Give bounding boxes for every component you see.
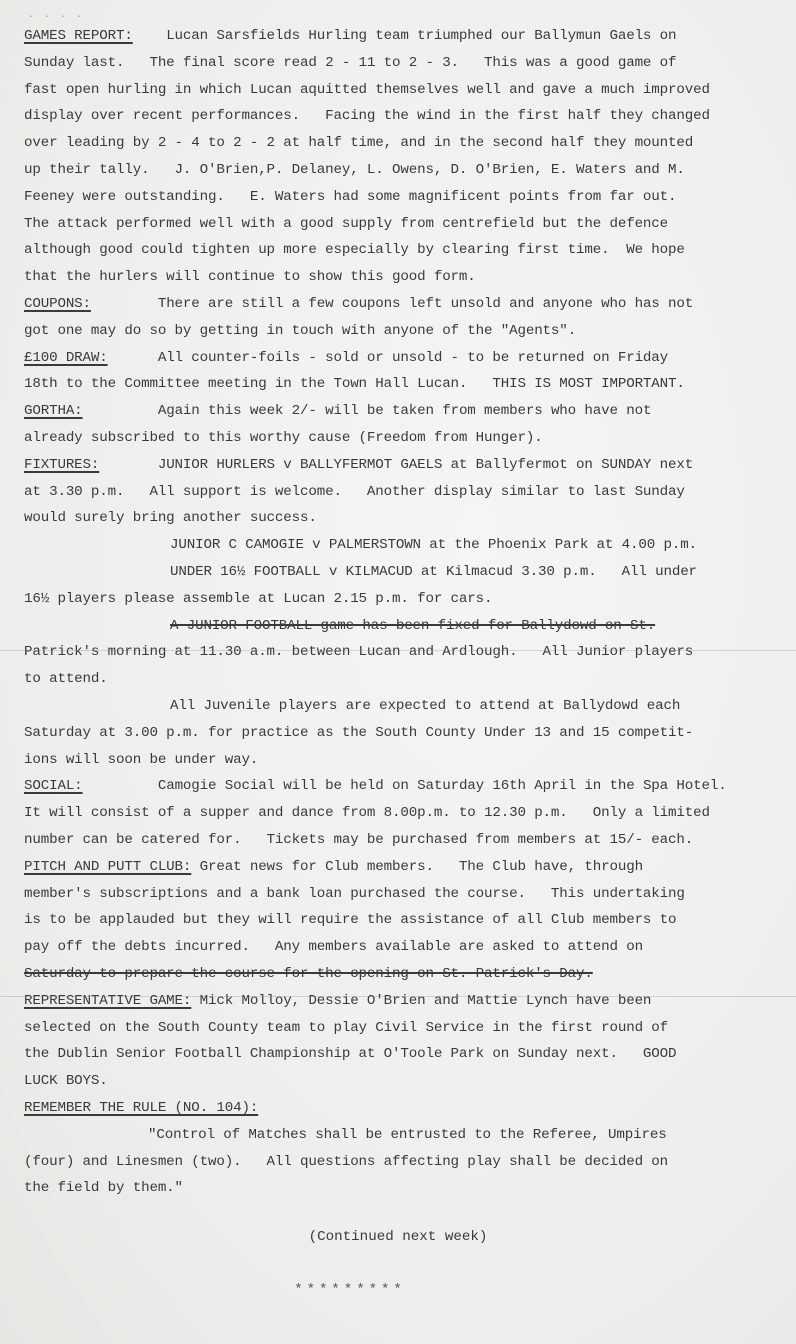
text-line: LUCK BOYS.	[24, 1071, 108, 1091]
text-line: already subscribed to this worthy cause …	[24, 428, 543, 448]
text-line: the field by them."	[24, 1178, 183, 1198]
line-text: to attend.	[24, 671, 108, 687]
line-text: There are still a few coupons left unsol…	[91, 296, 693, 312]
line-text: Patrick's morning at 11.30 a.m. between …	[24, 644, 693, 660]
line-text: Saturday at 3.00 p.m. for practice as th…	[24, 725, 693, 741]
text-line: Sunday last. The final score read 2 - 11…	[24, 53, 676, 73]
section-line: COUPONS: There are still a few coupons l…	[24, 294, 693, 314]
line-text: Sunday last. The final score read 2 - 11…	[24, 55, 676, 71]
section-line: PITCH AND PUTT CLUB: Great news for Club…	[24, 857, 643, 877]
section-line: GAMES REPORT: Lucan Sarsfields Hurling t…	[24, 26, 676, 46]
text-line: member's subscriptions and a bank loan p…	[24, 884, 685, 904]
text-line: over leading by 2 - 4 to 2 - 2 at half t…	[24, 133, 693, 153]
text-line: display over recent performances. Facing…	[24, 106, 710, 126]
faint-header-mark: . . . .	[28, 10, 84, 21]
line-text: JUNIOR C CAMOGIE v PALMERSTOWN at the Ph…	[170, 537, 697, 553]
section-heading: SOCIAL:	[24, 778, 83, 794]
section-heading: REMEMBER THE RULE (NO. 104):	[24, 1100, 258, 1116]
line-text: over leading by 2 - 4 to 2 - 2 at half t…	[24, 135, 693, 151]
line-text: number can be catered for. Tickets may b…	[24, 832, 693, 848]
text-line: Saturday at 3.00 p.m. for practice as th…	[24, 723, 693, 743]
line-text: "Control of Matches shall be entrusted t…	[148, 1127, 667, 1143]
line-text: 18th to the Committee meeting in the Tow…	[24, 376, 685, 392]
line-text: already subscribed to this worthy cause …	[24, 430, 543, 446]
line-text: It will consist of a supper and dance fr…	[24, 805, 710, 821]
text-line: A JUNIOR FOOTBALL game has been fixed fo…	[170, 616, 655, 636]
text-line: Patrick's morning at 11.30 a.m. between …	[24, 642, 693, 662]
paper-crease	[0, 650, 796, 651]
section-heading: PITCH AND PUTT CLUB:	[24, 859, 191, 875]
line-text: ions will soon be under way.	[24, 752, 258, 768]
line-text: member's subscriptions and a bank loan p…	[24, 886, 685, 902]
section-heading: £100 DRAW:	[24, 350, 108, 366]
line-text: Great news for Club members. The Club ha…	[191, 859, 643, 875]
line-text: All counter-foils - sold or unsold - to …	[108, 350, 668, 366]
text-line: selected on the South County team to pla…	[24, 1018, 668, 1038]
text-line: pay off the debts incurred. Any members …	[24, 937, 643, 957]
section-heading: GAMES REPORT:	[24, 28, 133, 44]
text-line: JUNIOR C CAMOGIE v PALMERSTOWN at the Ph…	[170, 535, 697, 555]
text-line: that the hurlers will continue to show t…	[24, 267, 476, 287]
line-text: Camogie Social will be held on Saturday …	[83, 778, 727, 794]
text-line: It will consist of a supper and dance fr…	[24, 803, 710, 823]
line-text: All Juvenile players are expected to att…	[170, 698, 680, 714]
line-text: display over recent performances. Facing…	[24, 108, 710, 124]
line-text: up their tally. J. O'Brien,P. Delaney, L…	[24, 162, 685, 178]
line-text: would surely bring another success.	[24, 510, 317, 526]
line-text: that the hurlers will continue to show t…	[24, 269, 476, 285]
line-text: Again this week 2/- will be taken from m…	[83, 403, 652, 419]
text-line: number can be catered for. Tickets may b…	[24, 830, 693, 850]
line-text: the field by them."	[24, 1180, 183, 1196]
section-line: FIXTURES: JUNIOR HURLERS v BALLYFERMOT G…	[24, 455, 693, 475]
line-text: the Dublin Senior Football Championship …	[24, 1046, 676, 1062]
text-line: would surely bring another success.	[24, 508, 317, 528]
line-text: fast open hurling in which Lucan aquitte…	[24, 82, 710, 98]
text-line: at 3.30 p.m. All support is welcome. Ano…	[24, 482, 685, 502]
line-text: at 3.30 p.m. All support is welcome. Ano…	[24, 484, 685, 500]
text-line: although good could tighten up more espe…	[24, 240, 685, 260]
line-text: A JUNIOR FOOTBALL game has been fixed fo…	[170, 618, 655, 634]
text-line: Feeney were outstanding. E. Waters had s…	[24, 187, 676, 207]
line-text: selected on the South County team to pla…	[24, 1020, 668, 1036]
line-text: Saturday to prepare the course for the o…	[24, 966, 593, 982]
text-line: 16½ players please assemble at Lucan 2.1…	[24, 589, 492, 609]
line-text: pay off the debts incurred. Any members …	[24, 939, 643, 955]
text-line: (four) and Linesmen (two). All questions…	[24, 1152, 668, 1172]
line-text: is to be applauded but they will require…	[24, 912, 676, 928]
line-text: (four) and Linesmen (two). All questions…	[24, 1154, 668, 1170]
text-line: fast open hurling in which Lucan aquitte…	[24, 80, 710, 100]
text-line: The attack performed well with a good su…	[24, 214, 668, 234]
line-text: Feeney were outstanding. E. Waters had s…	[24, 189, 676, 205]
line-text: although good could tighten up more espe…	[24, 242, 685, 258]
line-text: got one may do so by getting in touch wi…	[24, 323, 576, 339]
section-line: SOCIAL: Camogie Social will be held on S…	[24, 776, 727, 796]
section-divider-stars: *********	[0, 1282, 700, 1298]
text-line: All Juvenile players are expected to att…	[170, 696, 680, 716]
section-heading: FIXTURES:	[24, 457, 99, 473]
text-line: to attend.	[24, 669, 108, 689]
text-line: "Control of Matches shall be entrusted t…	[148, 1125, 667, 1145]
line-text: JUNIOR HURLERS v BALLYFERMOT GAELS at Ba…	[99, 457, 693, 473]
text-line: the Dublin Senior Football Championship …	[24, 1044, 676, 1064]
line-text: Lucan Sarsfields Hurling team triumphed …	[133, 28, 677, 44]
section-line: REPRESENTATIVE GAME: Mick Molloy, Dessie…	[24, 991, 651, 1011]
section-heading: COUPONS:	[24, 296, 91, 312]
text-line: ions will soon be under way.	[24, 750, 258, 770]
continued-note: (Continued next week)	[0, 1229, 796, 1245]
text-line: got one may do so by getting in touch wi…	[24, 321, 576, 341]
line-text: 16½ players please assemble at Lucan 2.1…	[24, 591, 492, 607]
line-text: The attack performed well with a good su…	[24, 216, 668, 232]
text-line: Saturday to prepare the course for the o…	[24, 964, 593, 984]
section-line: £100 DRAW: All counter-foils - sold or u…	[24, 348, 668, 368]
text-line: 18th to the Committee meeting in the Tow…	[24, 374, 685, 394]
section-heading: GORTHA:	[24, 403, 83, 419]
text-line: UNDER 16½ FOOTBALL v KILMACUD at Kilmacu…	[170, 562, 697, 582]
section-line: GORTHA: Again this week 2/- will be take…	[24, 401, 651, 421]
line-text: LUCK BOYS.	[24, 1073, 108, 1089]
typewritten-newsletter-page: . . . . GAMES REPORT: Lucan Sarsfields H…	[0, 0, 796, 1344]
line-text: UNDER 16½ FOOTBALL v KILMACUD at Kilmacu…	[170, 564, 697, 580]
text-line: is to be applauded but they will require…	[24, 910, 676, 930]
paper-crease	[0, 996, 796, 997]
text-line: up their tally. J. O'Brien,P. Delaney, L…	[24, 160, 685, 180]
section-line: REMEMBER THE RULE (NO. 104):	[24, 1098, 258, 1118]
